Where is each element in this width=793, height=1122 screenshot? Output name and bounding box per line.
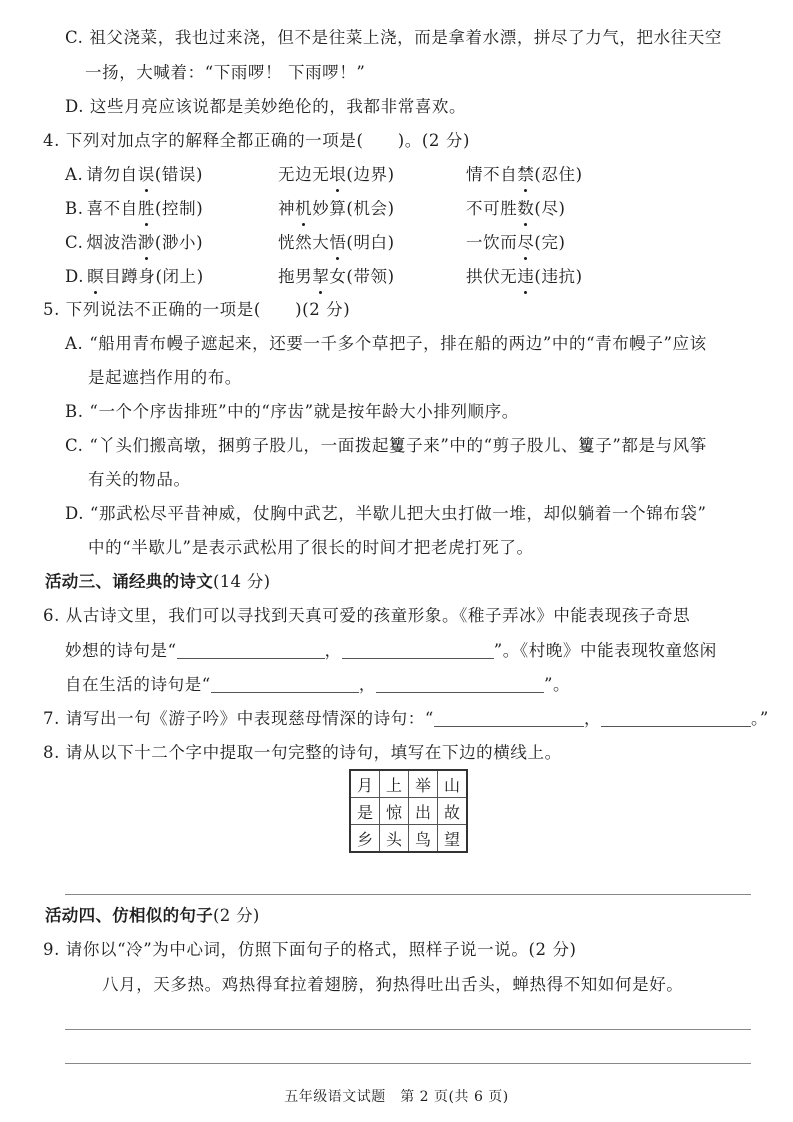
q5-option-b: B. “一个个序齿排班”中的“序齿”就是按年龄大小排列顺序。 [65,401,519,423]
q4-idiom-item: 无边无垠(边界) [278,164,395,186]
dotted-character: 机 [295,198,312,220]
q4-gloss: (明白) [346,233,394,252]
q4-idiom-item: 神机妙算(机会) [278,198,395,220]
q5-stem: 5. 下列说法不正确的一项是( )(2 分) [43,299,350,321]
grid-cell: 望 [438,825,468,853]
dotted-character: 禁 [517,164,534,186]
q4-idiom-item: 情不自禁(忍住) [466,164,583,186]
q4-idiom-text: 请勿自 [86,165,137,184]
dotted-character: 数 [517,198,534,220]
q3-option-c-line1: C. 祖父浇菜，我也过来浇，但不是往菜上浇，而是拿着水漂，拼尽了力气，把水往天空 [65,27,722,49]
grid-cell: 惊 [380,798,409,825]
q4-idiom-text: 烟波浩 [86,233,137,252]
q4-idiom-item: 不可胜数(尽) [466,198,566,220]
q4-idiom-text: 不可胜 [466,199,517,218]
q4-option-label: D. [65,267,84,286]
q8-stem: 8. 请从以下十二个字中提取一句完整的诗句，填写在下边的横线上。 [43,742,562,764]
q7-suffix: 。” [751,709,769,728]
q4-idiom-text: 无边无 [278,165,329,184]
page-footer: 五年级语文试题 第 2 页(共 6 页) [0,1086,793,1106]
section-4-heading: 活动四、仿相似的句子(2 分) [45,905,260,927]
q4-idiom-text: 拱伏无 [466,267,517,286]
grid-cell: 鸟 [409,825,438,853]
q4-option-row: A.请勿自误(错误)无边无垠(边界)情不自禁(忍住) [65,164,203,186]
q4-option-label: A. [65,165,83,184]
dotted-character: 渺 [138,232,155,254]
q9-answer-line-1[interactable] [65,1029,751,1030]
q4-option-row: C.烟波浩渺(渺小)恍然大悟(明白)一饮而尽(完) [65,232,203,254]
q4-gloss: (忍住) [534,165,582,184]
q4-idiom-text: 拖男 [278,267,312,286]
q4-idiom-text: 一饮而 [466,233,517,252]
q4-idiom-text: 情不自 [466,165,517,184]
q5-option-a-line2: 是起遮挡作用的布。 [88,367,242,389]
q6-line2: 妙想的诗句是“，”。《村晚》中能表现牧童悠闲 [65,640,717,662]
q6-blank-1[interactable] [177,644,325,659]
q4-gloss: (完) [534,233,565,252]
grid-cell: 乡 [350,825,380,853]
q4-idiom-text: 妙算 [312,199,346,218]
grid-cell: 上 [380,770,409,798]
q4-option-row: D.瞑目蹲身(闭上)拖男挈女(带领)拱伏无违(违抗) [65,266,204,288]
q4-idiom-text: 喜不自 [87,199,138,218]
q9-stem: 9. 请你以“冷”为中心词，仿照下面句子的格式，照样子说一说。(2 分) [43,939,577,961]
grid-cell: 头 [380,825,409,853]
q7-blank-2[interactable] [601,712,751,727]
dotted-character: 尽 [517,232,534,254]
q4-gloss: (违抗) [534,267,582,286]
q4-gloss: (闭上) [156,267,204,286]
dotted-character: 悟 [329,232,346,254]
q4-option-label: C. [65,233,83,252]
q7-prefix: 7. 请写出一句《游子吟》中表现慈母情深的诗句：“ [43,709,434,728]
q4-option-label: B. [65,199,84,218]
q6-comma-1: ， [325,641,342,660]
q5-option-d-line2: 中的“半歇儿”是表示武松用了很长的时间才把老虎打死了。 [88,537,534,559]
dotted-character: 违 [517,266,534,288]
q4-idiom-item: 瞑目蹲身(闭上) [87,267,204,286]
dotted-character: 瞑 [87,266,104,288]
q5-option-c-line1: C. “丫头们搬高墩，捆剪子股儿，一面拨起籰子来”中的“剪子股儿、籰子”都是与风… [65,435,707,457]
q4-gloss: (尽) [534,199,565,218]
q4-idiom-item: 拱伏无违(违抗) [466,266,583,288]
q6-line2-suffix: ”。《村晚》中能表现牧童悠闲 [494,641,717,660]
dotted-character: 垠 [329,164,346,186]
q6-comma-2: ， [359,675,376,694]
q4-gloss: (带领) [346,267,394,286]
section-3-points: (14 分) [213,572,270,591]
q4-idiom-item: 拖男挈女(带领) [278,266,395,288]
q5-option-a-line1: A. “船用青布幔子遮起来，还要一千多个草把子，排在船的两边”中的“青布幔子”应… [65,333,707,355]
section-4-points: (2 分) [213,906,260,925]
q8-character-grid: 月上举山 是惊出故 乡头鸟望 [349,769,468,853]
q4-idiom-item: 一饮而尽(完) [466,232,566,254]
q9-example: 八月，天多热。鸡热得耷拉着翅膀，狗热得吐出舌头，蝉热得不知如何是好。 [102,974,683,996]
q3-option-c-line2: 一扬，大喊着：“下雨啰！ 下雨啰！” [85,62,365,84]
q4-idiom-text: 神 [278,199,295,218]
q4-option-row: B.喜不自胜(控制)神机妙算(机会)不可胜数(尽) [65,198,203,220]
q4-idiom-item: 恍然大悟(明白) [278,232,395,254]
q6-line3-prefix: 自在生活的诗句是“ [65,675,211,694]
section-3-heading: 活动三、诵经典的诗文(14 分) [45,571,270,593]
section-4-title: 活动四、仿相似的句子 [45,906,213,925]
grid-cell: 举 [409,770,438,798]
q4-idiom-item: 喜不自胜(控制) [87,199,204,218]
q8-answer-line[interactable] [65,894,751,895]
grid-cell: 月 [350,770,380,798]
q6-blank-4[interactable] [376,678,544,693]
q4-idiom-item: 烟波浩渺(渺小) [86,233,203,252]
q7-line: 7. 请写出一句《游子吟》中表现慈母情深的诗句：“，。” [43,708,769,730]
dotted-character: 误 [138,164,155,186]
q7-comma: ， [584,709,601,728]
grid-cell: 出 [409,798,438,825]
q6-line3-suffix: ”。 [544,675,570,694]
q5-option-c-line2: 有关的物品。 [88,469,191,491]
q4-gloss: (控制) [155,199,203,218]
q4-gloss: (渺小) [155,233,203,252]
q3-option-d: D. 这些月亮应该说都是美妙绝伦的，我都非常喜欢。 [65,96,466,118]
q7-blank-1[interactable] [434,712,584,727]
grid-cell: 山 [438,770,468,798]
q6-line2-prefix: 妙想的诗句是“ [65,641,177,660]
q9-answer-line-2[interactable] [65,1063,751,1064]
q4-idiom-text: 恍然大 [278,233,329,252]
grid-cell: 故 [438,798,468,825]
q4-idiom-item: 请勿自误(错误) [86,165,203,184]
q4-idiom-text: 目蹲身 [104,267,155,286]
q4-idiom-text: 女 [329,267,346,286]
dotted-character: 胜 [138,198,155,220]
section-3-title: 活动三、诵经典的诗文 [45,572,213,591]
q6-blank-2[interactable] [342,644,494,659]
q6-line1: 6. 从古诗文里，我们可以寻找到天真可爱的孩童形象。《稚子弄冰》中能表现孩子奇思 [43,605,690,627]
q4-gloss: (机会) [346,199,394,218]
q4-gloss: (边界) [346,165,394,184]
q5-option-d-line1: D. “那武松尽平昔神威，仗胸中武艺，半歇儿把大虫打做一堆，却似躺着一个锦布袋” [65,503,707,525]
grid-cell: 是 [350,798,380,825]
q4-stem: 4. 下列对加点字的解释全都正确的一项是( )。(2 分) [43,130,470,152]
q6-blank-3[interactable] [211,678,359,693]
dotted-character: 挈 [312,266,329,288]
q4-gloss: (错误) [155,165,203,184]
q6-line3: 自在生活的诗句是“，”。 [65,674,570,696]
